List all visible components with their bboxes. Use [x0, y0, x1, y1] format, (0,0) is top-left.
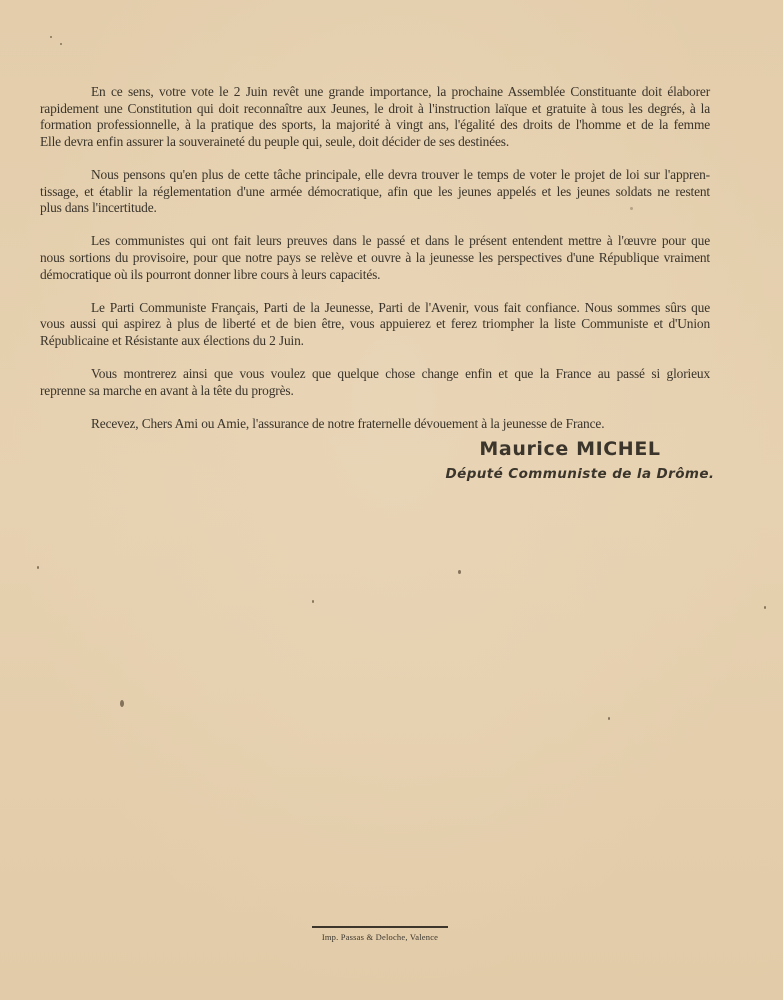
text-line: Recevez, Chers Ami ou Amie, l'assurance … [40, 416, 710, 433]
paper-speck [764, 606, 766, 609]
imprint-text: Imp. Passas & Deloche, Valence [310, 932, 450, 942]
paragraph-vote-importance: En ce sens, votre vote le 2 Juin revêt u… [40, 84, 710, 150]
paper-speck [37, 566, 39, 569]
letter-body: En ce sens, votre vote le 2 Juin revêt u… [40, 84, 710, 449]
paper-speck [608, 717, 610, 720]
paragraph-party-confidence: Le Parti Communiste Français, Parti de l… [40, 300, 710, 350]
signature-block: Maurice MICHEL Député Communiste de la D… [420, 437, 720, 482]
paragraph-closing: Recevez, Chers Ami ou Amie, l'assurance … [40, 416, 710, 433]
text-line: vous aussi qui aspirez à plus de liberté… [40, 316, 710, 333]
text-line: tissage, et établir la réglementation d'… [40, 184, 710, 201]
text-line: Le Parti Communiste Français, Parti de l… [40, 300, 710, 317]
paper-speck [50, 36, 52, 38]
paragraph-communists: Les communistes qui ont fait leurs preuv… [40, 233, 710, 283]
paper-speck [312, 600, 314, 603]
text-line: Nous pensons qu'en plus de cette tâche p… [40, 167, 710, 184]
text-line: rapidement une Constitution qui doit rec… [40, 101, 710, 118]
text-line: plus dans l'incertitude. [40, 200, 710, 217]
printer-imprint: Imp. Passas & Deloche, Valence [310, 926, 450, 942]
text-line: Vous montrerez ainsi que vous voulez que… [40, 366, 710, 383]
signatory-name: Maurice MICHEL [420, 437, 720, 461]
text-line: reprenne sa marche en avant à la tête du… [40, 383, 710, 400]
text-line: formation professionnelle, à la pratique… [40, 117, 710, 134]
text-line: nous sortions du provisoire, pour que no… [40, 250, 710, 267]
paper-speck [60, 43, 62, 45]
text-line: Les communistes qui ont fait leurs preuv… [40, 233, 710, 250]
signatory-title: Député Communiste de la Drôme. [420, 466, 720, 482]
imprint-divider [312, 926, 448, 928]
text-line: démocratique où ils pourront donner libr… [40, 267, 710, 284]
paragraph-apprenticeship: Nous pensons qu'en plus de cette tâche p… [40, 167, 710, 217]
paper-speck [120, 700, 124, 707]
text-line: En ce sens, votre vote le 2 Juin revêt u… [40, 84, 710, 101]
paper-speck [458, 570, 461, 574]
text-line: Elle devra enfin assurer la souveraineté… [40, 134, 710, 151]
text-line: Républicaine et Résistante aux élections… [40, 333, 710, 350]
paragraph-progress: Vous montrerez ainsi que vous voulez que… [40, 366, 710, 399]
